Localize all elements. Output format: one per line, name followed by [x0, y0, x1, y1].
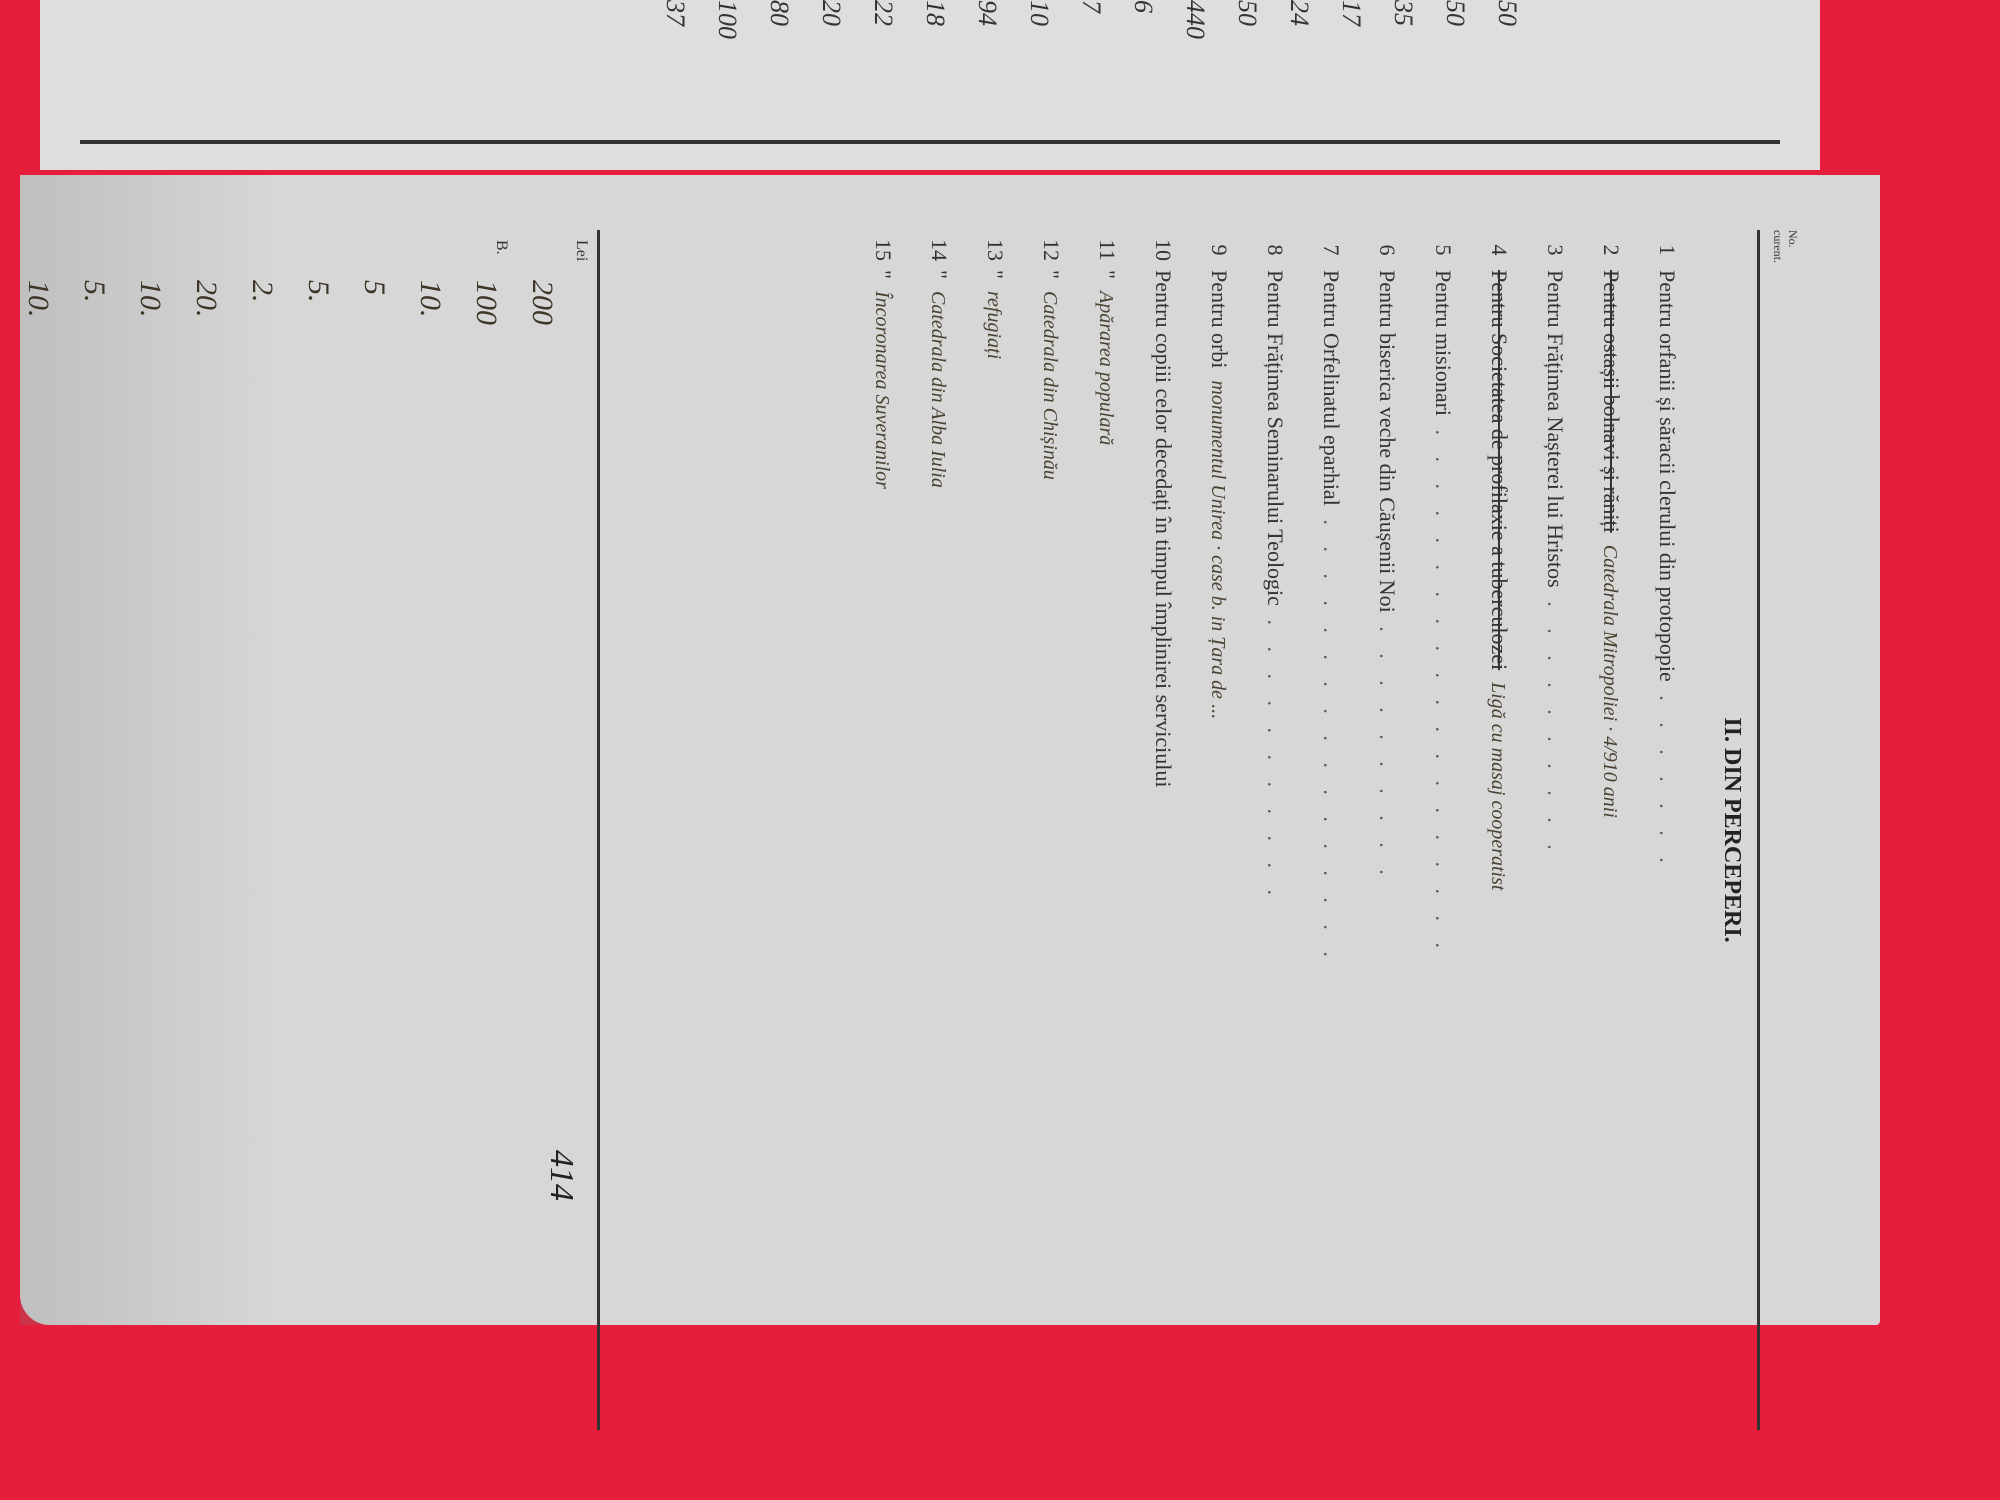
row-label: Pentru Frățimea Nașterei lui Hristos	[1543, 270, 1568, 588]
row-label: Pentru copiii celor decedați în timpul î…	[1151, 270, 1176, 787]
table-row: 9Pentru orbimonumentul Unirea · case b. …	[1176, 230, 1232, 1430]
table-row: 12"Catedrala din Chișinău	[1008, 230, 1064, 1430]
table-row: 11"Apărarea populară	[1064, 230, 1120, 1430]
amount: 10.	[10, 230, 66, 1430]
column-header: No. curent.	[1757, 230, 1800, 1430]
table-row: 13"refugiați	[952, 230, 1008, 1430]
amount: 5.	[66, 230, 122, 1430]
amount-values: 200 100 10. 5 5. 2. 20. 10. 5. 10. 5 10.…	[0, 230, 570, 1430]
handwritten-note: Catedrala Mitropoliei · 4/910 anii	[1599, 545, 1621, 818]
top-amount: 35	[1388, 0, 1418, 150]
top-amount: 6	[1128, 0, 1158, 150]
table-row: 1Pentru orfanii și săracii clerului din …	[1624, 230, 1680, 1430]
top-amount: 50	[1440, 0, 1470, 150]
row-label: Pentru Frățimea Seminarului Teologic	[1263, 270, 1288, 606]
row-label: Pentru Societatea de profilaxie a tuberc…	[1487, 270, 1512, 670]
ledger-rows: 1Pentru orfanii și săracii clerului din …	[840, 230, 1680, 1430]
table-row: 3Pentru Frățimea Nașterei lui Hristos . …	[1512, 230, 1568, 1430]
top-amount: 10	[1024, 0, 1054, 150]
amount: 10.	[402, 230, 458, 1430]
top-amount: 94	[972, 0, 1002, 150]
row-number: 9	[1206, 230, 1232, 270]
row-label: Pentru orbi	[1207, 270, 1232, 368]
table-row: 14"Catedrala din Alba Iulia	[896, 230, 952, 1430]
row-label: Pentru biserica veche din Căușenii Noi	[1375, 270, 1400, 613]
row-label: "	[1039, 270, 1064, 279]
table-row: 10Pentru copiii celor decedați în timpul…	[1120, 230, 1176, 1430]
col-no-label: No. curent.	[1770, 230, 1800, 270]
amount: 100	[458, 230, 514, 1430]
row-number: 2	[1598, 230, 1624, 270]
amount: 10.	[122, 230, 178, 1430]
row-number: 4	[1486, 230, 1512, 270]
rotated-ledger: No. curent. II. DIN PERCEPERI. 1Pentru o…	[0, 230, 1800, 1430]
table-row: 4Pentru Societatea de profilaxie a tuber…	[1456, 230, 1512, 1430]
top-amount: 17	[1336, 0, 1366, 150]
row-label: Pentru ostașii bolnavi și răniți	[1599, 270, 1624, 533]
amount: 5.	[290, 230, 346, 1430]
row-label: "	[1095, 270, 1120, 279]
handwritten-note: Catedrala din Chișinău	[1039, 291, 1061, 480]
row-number: 7	[1318, 230, 1344, 270]
top-amount: 37	[660, 0, 690, 150]
table-row: 8Pentru Frățimea Seminarului Teologic . …	[1232, 230, 1288, 1430]
top-amount: 24	[1284, 0, 1314, 150]
row-number: 12	[1038, 230, 1064, 270]
col-lei-label: Lei	[572, 240, 590, 261]
top-amount: 80	[764, 0, 794, 150]
row-number: 10	[1150, 230, 1176, 270]
row-label: Pentru orfanii și săracii clerului din p…	[1655, 270, 1680, 682]
top-amount: 20	[816, 0, 846, 150]
top-amount: 50	[1492, 0, 1522, 150]
top-amount: 100	[712, 0, 742, 150]
top-amount: 7	[1076, 0, 1106, 150]
row-number: 8	[1262, 230, 1288, 270]
row-number: 6	[1374, 230, 1400, 270]
row-number: 5	[1430, 230, 1456, 270]
row-label: "	[983, 270, 1008, 279]
row-number: 15	[870, 230, 896, 270]
handwritten-note: refugiați	[983, 291, 1005, 359]
top-amount-column: 37 100 80 20 22 18 94 10 7 6 440 50 24 1…	[660, 0, 1840, 150]
row-label: "	[927, 270, 952, 279]
table-row: 6Pentru biserica veche din Căușenii Noi …	[1344, 230, 1400, 1430]
table-row: 7Pentru Orfelinatul eparhial . . . . . .…	[1288, 230, 1344, 1430]
top-amount: 22	[868, 0, 898, 150]
handwritten-note: Apărarea populară	[1095, 291, 1117, 445]
handwritten-note: Catedrala din Alba Iulia	[927, 291, 949, 488]
row-number: 14	[926, 230, 952, 270]
row-number: 3	[1542, 230, 1568, 270]
top-amount: 440	[1180, 0, 1210, 150]
amount: 2.	[234, 230, 290, 1430]
row-number: 13	[982, 230, 1008, 270]
handwritten-note: Încoronarea Suveranilor	[871, 291, 893, 489]
table-row: 5Pentru misionari . . . . . . . . . . . …	[1400, 230, 1456, 1430]
amount: 200	[514, 230, 570, 1430]
handwritten-note: monumentul Unirea · case b. in Țara de .…	[1207, 380, 1229, 719]
row-label: Pentru Orfelinatul eparhial	[1319, 270, 1344, 506]
handwritten-note: Ligă cu masaj cooperatist	[1487, 682, 1509, 890]
row-label: "	[871, 270, 896, 279]
table-row: 15"Încoronarea Suveranilor	[840, 230, 896, 1430]
table-row: 2Pentru ostașii bolnavi și rănițiCatedra…	[1568, 230, 1624, 1430]
total-amount: 414	[542, 1150, 580, 1201]
top-amount: 50	[1232, 0, 1262, 150]
divider	[80, 140, 1780, 144]
amount: 20.	[178, 230, 234, 1430]
row-number: 11	[1094, 230, 1120, 270]
section-title: II. DIN PERCEPERI.	[1718, 230, 1745, 1430]
top-page-fragment: 37 100 80 20 22 18 94 10 7 6 440 50 24 1…	[40, 0, 1820, 170]
top-amount: 18	[920, 0, 950, 150]
row-label: Pentru misionari	[1431, 270, 1456, 416]
amount: 5	[0, 230, 10, 1430]
row-number: 1	[1654, 230, 1680, 270]
amount: 5	[346, 230, 402, 1430]
